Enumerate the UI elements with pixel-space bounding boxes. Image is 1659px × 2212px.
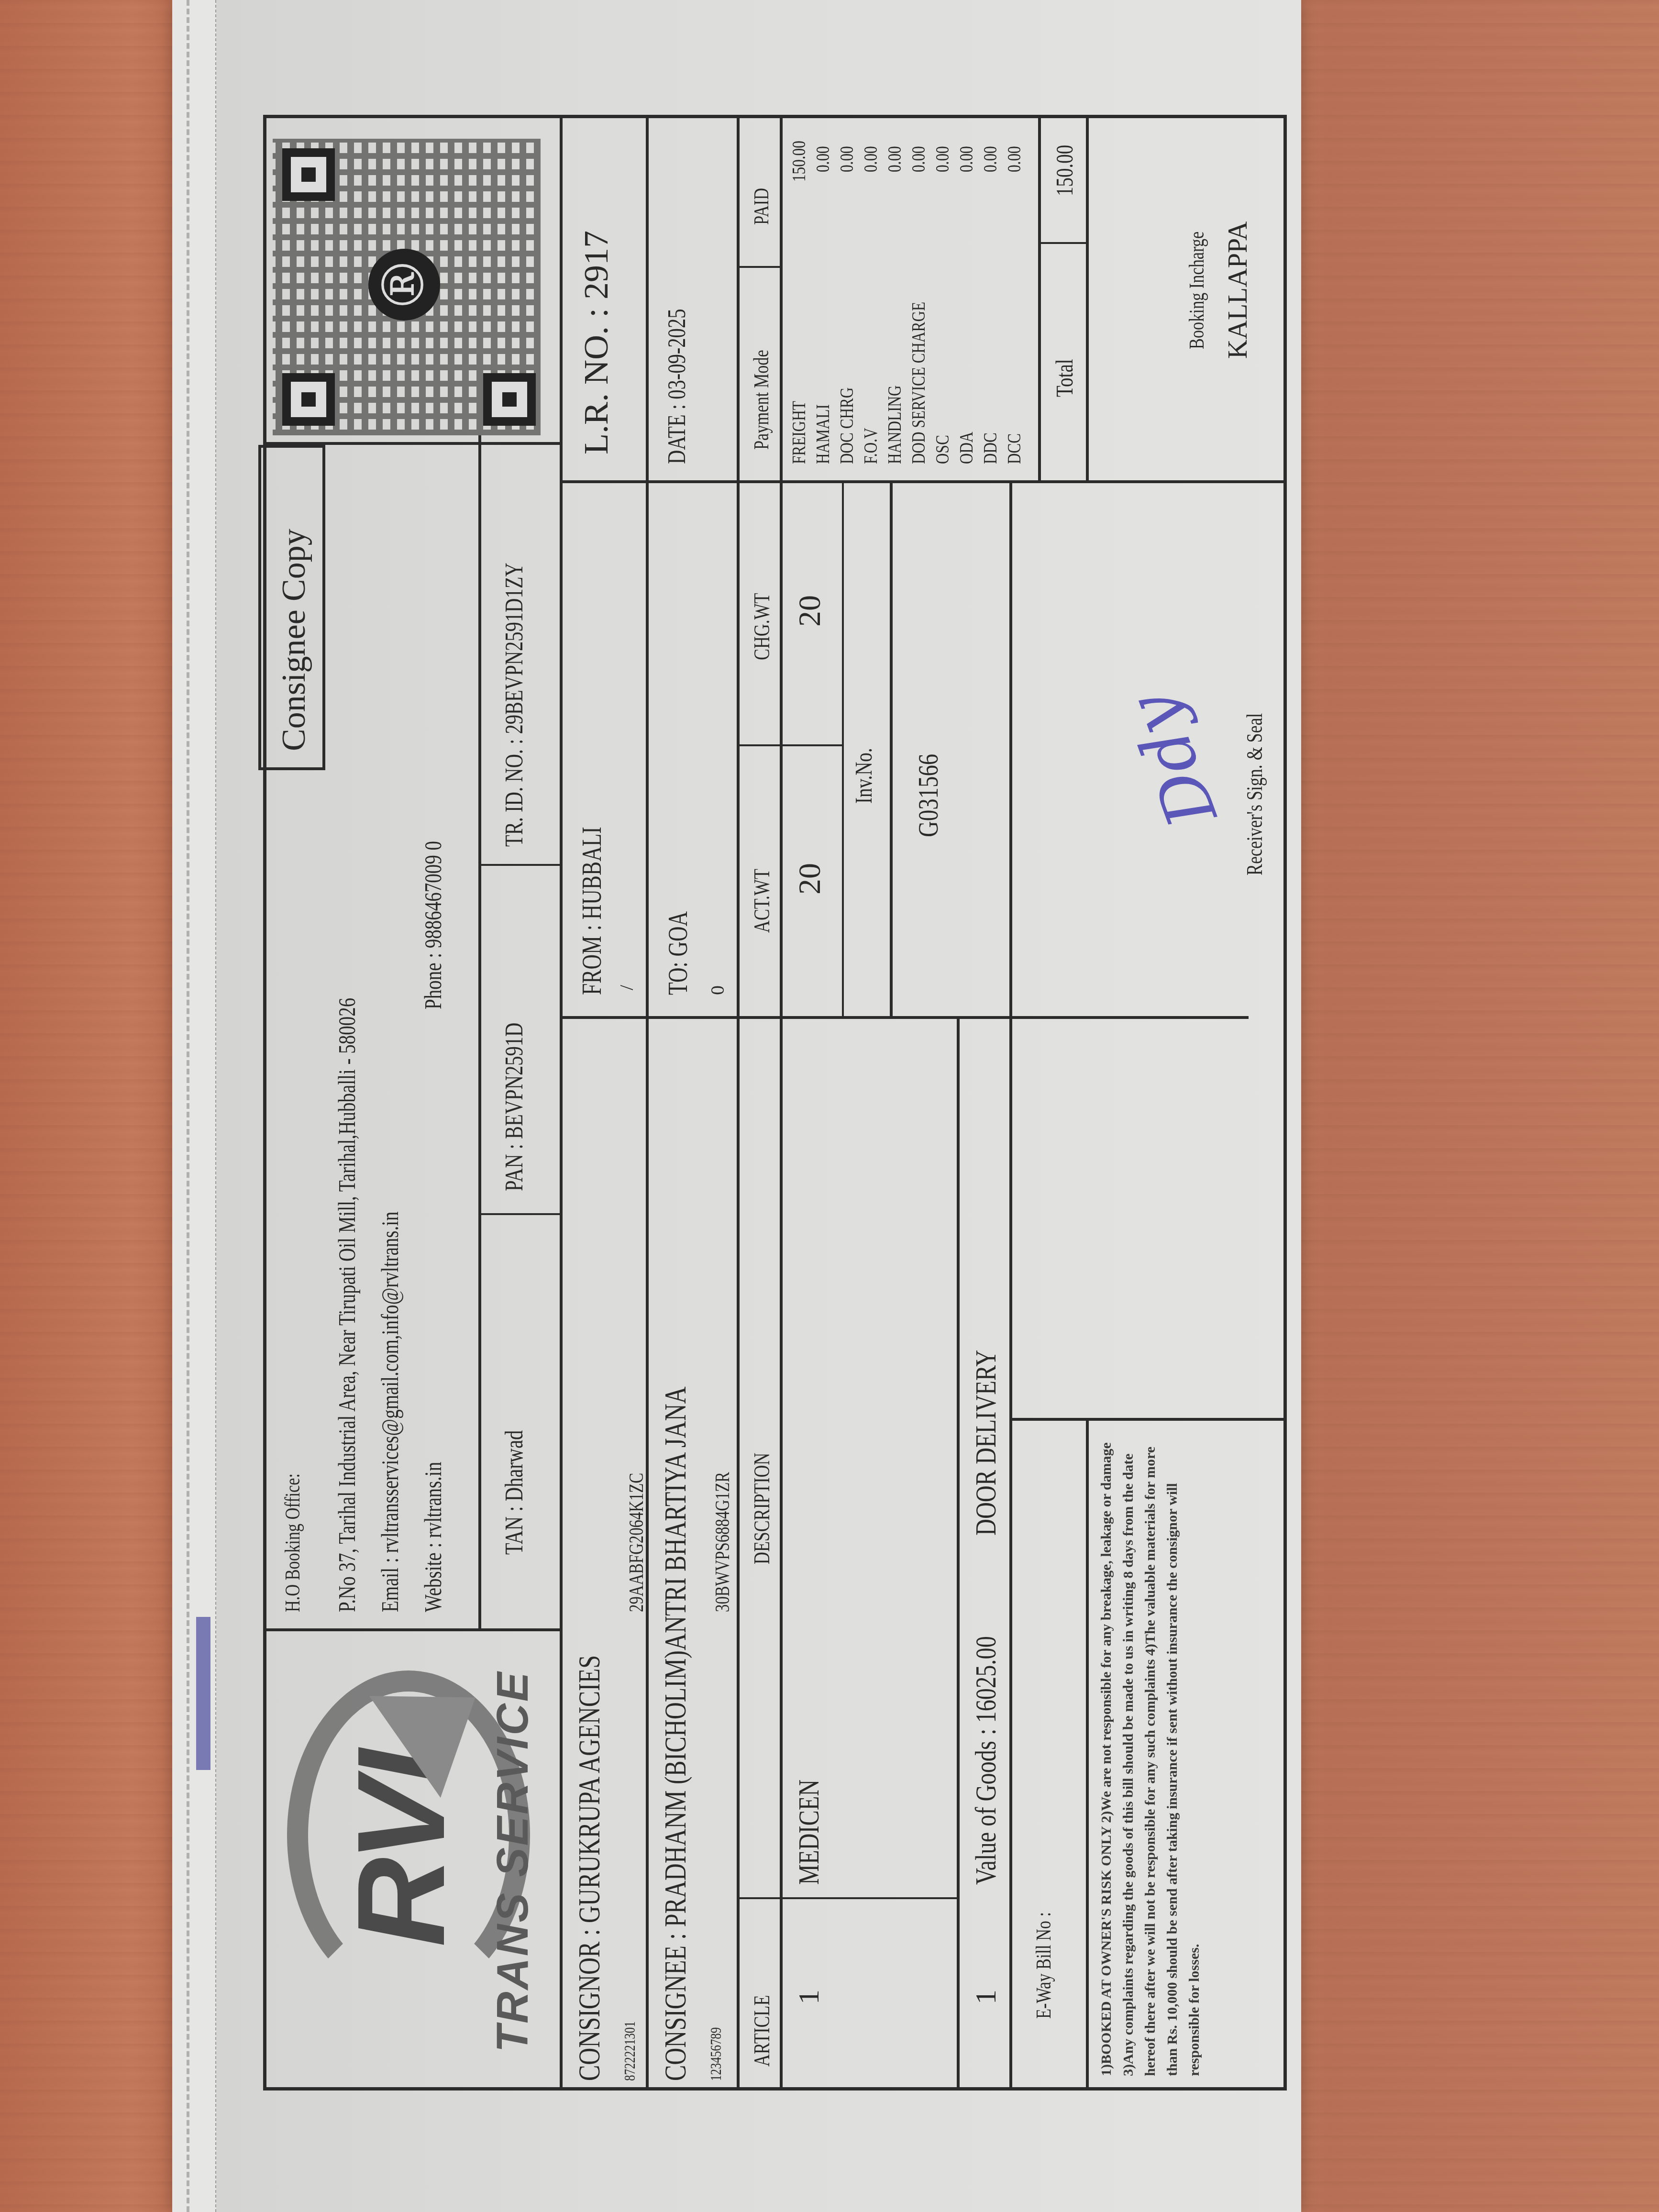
company-address: P.No 37, Tarihal Industrial Area, Near T… [335, 998, 359, 1612]
consignor-phone: 8722221301 [622, 2021, 637, 2081]
transporter-id: TR. ID. NO. : 29BEVPN2591D1ZY [502, 563, 527, 847]
charge-name: HANDLING [885, 385, 904, 464]
charge-name: ODA [957, 431, 976, 464]
consignee-phone: 123456789 [708, 2027, 723, 2081]
charge-amount: 0.00 [981, 146, 1000, 172]
charge-amount: 0.00 [909, 146, 928, 172]
payment-mode-label: Payment Mode [751, 350, 772, 450]
consignee-gstin: 30BWVPS6884G1ZR [713, 1472, 733, 1612]
invoice-label: Inv.No. [852, 748, 875, 804]
terms-disclaimer: 1)BOOKED AT OWNER'S RISK ONLY 2)We are n… [1095, 1416, 1206, 2076]
payment-mode-value: PAID [751, 188, 772, 225]
charge-amount: 0.00 [885, 146, 904, 172]
charge-amount: 0.00 [1005, 146, 1024, 172]
invoice-number: G031566 [914, 754, 942, 837]
delivery-type: DOOR DELIVERY [971, 1350, 1001, 1536]
company-logo: RVL TRANS SERVICE [277, 1641, 545, 2071]
total-articles: 1 [971, 1990, 1001, 2004]
torn-paper-edge [172, 0, 216, 2212]
office-label: H.O Booking Office: [282, 1473, 303, 1612]
charge-amount: 0.00 [813, 146, 832, 172]
qr-logo-icon: Ⓡ [368, 249, 440, 321]
header-description: DESCRIPTION [751, 1453, 773, 1564]
charge-amount: 0.00 [933, 146, 952, 172]
actual-weight: 20 [794, 863, 826, 895]
charge-name: DDC [981, 432, 1000, 464]
charge-name: F.O.V [861, 428, 880, 464]
header-act-wt: ACT.WT [751, 869, 773, 933]
receiver-sign-label: Receiver's Sign. & Seal [1244, 713, 1266, 875]
ink-mark [196, 1617, 210, 1770]
booking-incharge-name: KALLAPPA [1225, 221, 1251, 359]
pan-number: PAN : BEVPN2591D [502, 1023, 527, 1191]
item-description: MEDICEN [794, 1780, 824, 1885]
logo-caption: TRANS SERVICE [488, 1670, 538, 2052]
charge-name: DCC [1005, 433, 1024, 464]
consignor-name: CONSIGNOR : GURUKRUPA AGENCIES [574, 1655, 605, 2081]
article-count: 1 [794, 1990, 824, 2004]
charge-name: FREIGHT [789, 401, 808, 464]
charge-name: DOC CHRG [837, 387, 856, 464]
consignor-gstin: 29AABFG2064K1ZC [627, 1473, 647, 1612]
eway-bill-label: E-Way Bill No : [1033, 1912, 1054, 2019]
total-label: Total [1052, 359, 1076, 397]
header-chg-wt: CHG.WT [751, 593, 773, 660]
from-extra: / [617, 985, 636, 990]
charge-amount: 0.00 [861, 146, 880, 172]
lr-date: DATE : 03-09-2025 [665, 309, 690, 464]
lorry-receipt: RVL TRANS SERVICE H.O Booking Office: Co… [263, 115, 1287, 2090]
value-of-goods: Value of Goods : 16025.00 [971, 1636, 1001, 1885]
to-extra: 0 [708, 985, 727, 995]
qr-finder-icon [282, 373, 335, 426]
from-city: FROM : HUBBALI [579, 827, 606, 995]
company-email: Email : rvltransservices@gmail.com,info@… [378, 1211, 402, 1612]
to-city: TO: GOA [665, 911, 692, 995]
qr-finder-icon [483, 373, 536, 426]
header-article: ARTICLE [751, 1995, 773, 2067]
charge-amount: 0.00 [957, 146, 976, 172]
consignee-name: CONSIGNEE : PRADHANM (BICHOLIM)ANTRI BHA… [660, 1386, 691, 2081]
total-amount: 150.00 [1052, 145, 1076, 196]
perforation-line [187, 0, 189, 2212]
tan-number: TAN : Dharwad [502, 1430, 527, 1555]
booking-incharge-label: Booking Incharge [1186, 232, 1207, 349]
charged-weight: 20 [794, 595, 826, 627]
charge-name: OSC [933, 435, 952, 464]
qr-finder-icon [282, 148, 335, 201]
charge-name: HAMALI [813, 404, 832, 464]
company-phone: Phone : 9886467009 0 [421, 841, 445, 1009]
charge-amount: 0.00 [837, 146, 856, 172]
company-website: Website : rvltrans.in [421, 1462, 445, 1612]
charge-name: DOD SERVICE CHARGE [909, 302, 928, 464]
copy-label: Consignee Copy [277, 529, 311, 751]
lr-number: L.R. NO. : 2917 [579, 231, 613, 454]
charge-amount: 150.00 [789, 141, 808, 182]
